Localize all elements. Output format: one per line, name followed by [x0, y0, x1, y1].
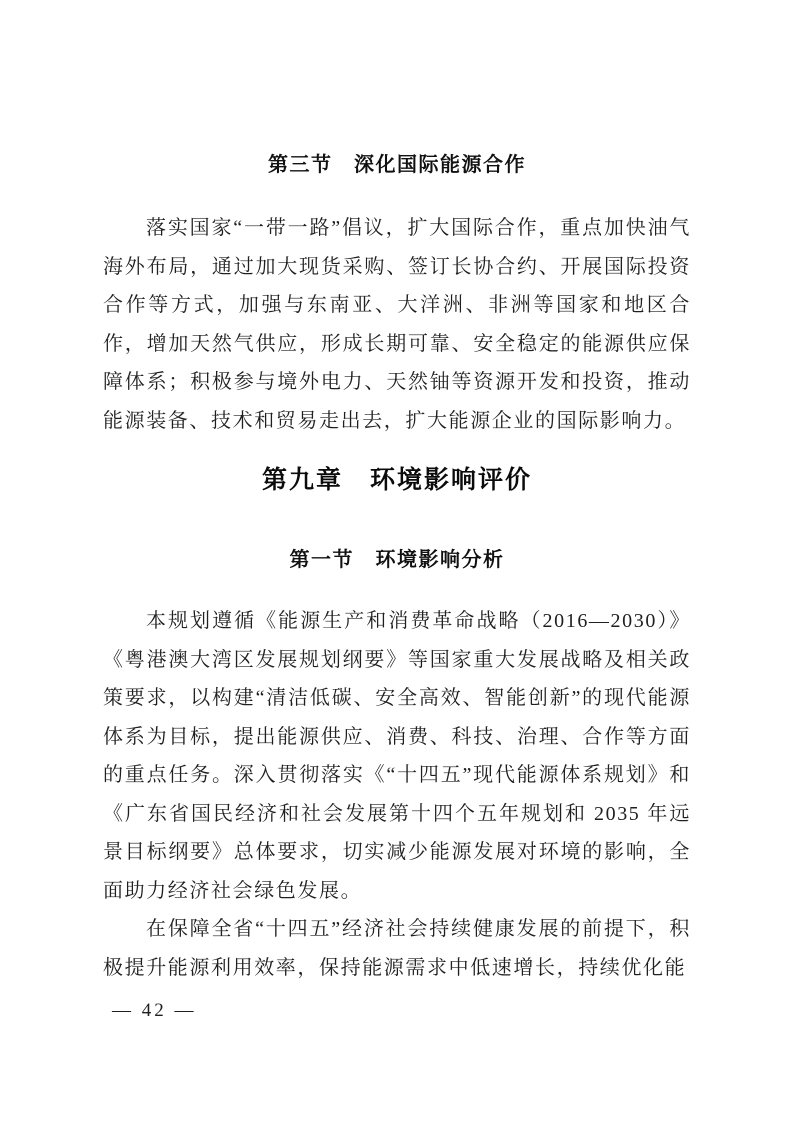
- section-heading-3: 第三节 深化国际能源合作: [103, 151, 691, 179]
- section-heading-1: 第一节 环境影响分析: [103, 546, 691, 574]
- paragraph-environment-analysis: 本规划遵循《能源生产和消费革命战略（2016—2030）》《粤港澳大湾区发展规划…: [103, 602, 691, 910]
- page-number: — 42 —: [112, 1000, 197, 1022]
- paragraph-international-cooperation: 落实国家“一带一路”倡议，扩大国际合作，重点加快油气海外布局，通过加大现货采购、…: [103, 209, 691, 440]
- document-page: 第三节 深化国际能源合作 落实国家“一带一路”倡议，扩大国际合作，重点加快油气海…: [0, 0, 794, 1123]
- chapter-heading-9: 第九章 环境影响评价: [103, 464, 691, 498]
- paragraph-energy-demand: 在保障全省“十四五”经济社会持续健康发展的前提下，积极提升能源利用效率，保持能源…: [103, 910, 691, 987]
